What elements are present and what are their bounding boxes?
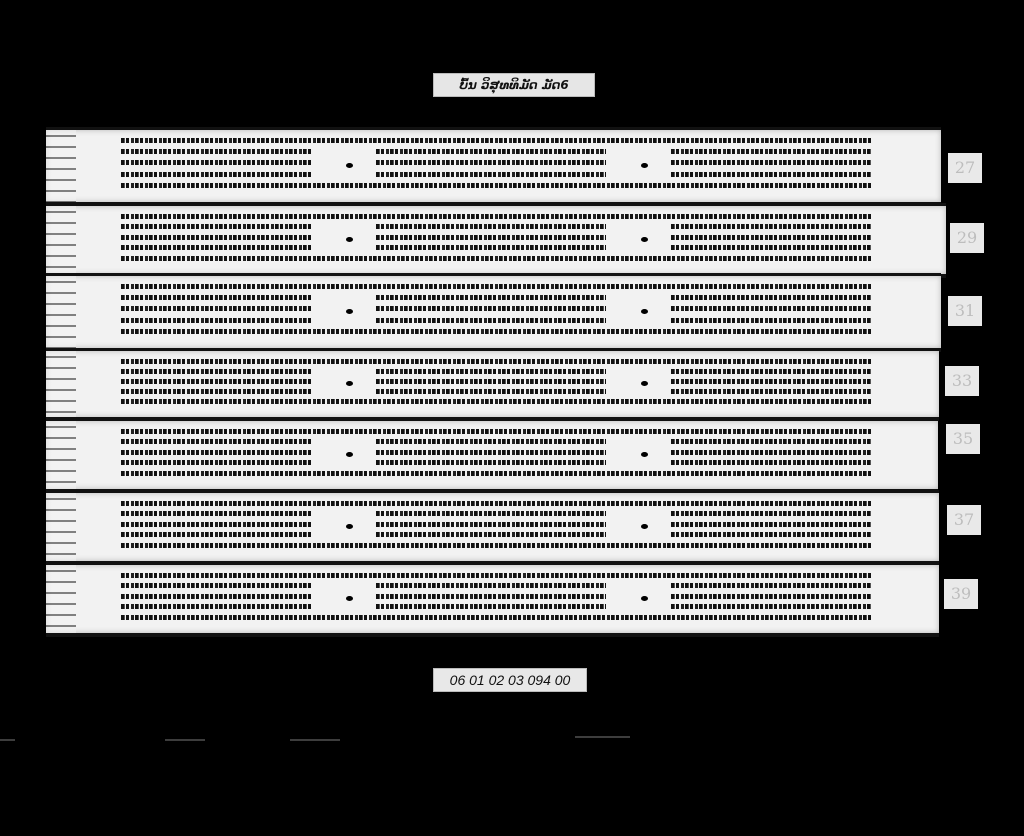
script-line — [376, 594, 606, 599]
folio-number: 37 — [947, 505, 981, 535]
script-line — [121, 501, 871, 506]
binding-hole — [641, 163, 648, 168]
binding-hole — [641, 381, 648, 386]
script-line — [121, 369, 311, 374]
script-line — [121, 379, 311, 384]
script-line — [121, 245, 311, 250]
script-line — [671, 604, 871, 609]
script-line — [671, 318, 871, 323]
folio-number: 35 — [946, 424, 980, 454]
script-line — [121, 306, 311, 311]
script-line — [671, 511, 871, 516]
folio-number: 29 — [950, 223, 984, 253]
script-line — [121, 183, 871, 188]
script-line — [121, 295, 311, 300]
leaf-edge — [46, 276, 76, 348]
leaf-edge — [46, 421, 76, 489]
scan-artifact — [575, 736, 630, 738]
script-line — [121, 573, 871, 578]
leaf-edge — [46, 493, 76, 561]
script-line — [376, 450, 606, 455]
script-line — [671, 160, 871, 165]
script-line — [671, 224, 871, 229]
script-line — [121, 224, 311, 229]
script-line — [671, 594, 871, 599]
script-line — [376, 245, 606, 250]
script-line — [121, 149, 311, 154]
script-line — [671, 389, 871, 394]
scan-artifact — [290, 739, 340, 741]
binding-hole — [346, 309, 353, 314]
binding-hole — [346, 237, 353, 242]
folio-number: 27 — [948, 153, 982, 183]
script-line — [121, 594, 311, 599]
script-line — [121, 471, 871, 476]
script-line — [121, 604, 311, 609]
script-line — [376, 379, 606, 384]
folio-number: 31 — [948, 296, 982, 326]
script-line — [121, 522, 311, 527]
script-line — [376, 306, 606, 311]
manuscript-leaf — [46, 562, 939, 637]
script-line — [121, 138, 871, 143]
script-line — [671, 439, 871, 444]
manuscript-leaf — [46, 127, 941, 206]
binding-hole — [641, 524, 648, 529]
script-line — [671, 245, 871, 250]
script-line — [121, 329, 871, 334]
binding-hole — [641, 452, 648, 457]
script-line — [376, 224, 606, 229]
folio-number: 39 — [944, 579, 978, 609]
script-line — [671, 235, 871, 240]
script-line — [671, 369, 871, 374]
leaf-edge — [46, 351, 76, 417]
script-line — [121, 439, 311, 444]
folio-number: 33 — [945, 366, 979, 396]
script-line — [121, 359, 871, 364]
script-line — [121, 429, 871, 434]
script-line — [376, 583, 606, 588]
binding-hole — [641, 309, 648, 314]
script-line — [671, 450, 871, 455]
script-line — [121, 214, 871, 219]
script-line — [376, 295, 606, 300]
script-line — [121, 460, 311, 465]
script-line — [121, 615, 871, 620]
script-line — [376, 522, 606, 527]
script-line — [376, 604, 606, 609]
script-line — [376, 532, 606, 537]
binding-hole — [346, 524, 353, 529]
manuscript-leaf — [46, 490, 939, 565]
script-line — [671, 379, 871, 384]
reference-code-label: 06 01 02 03 094 00 — [433, 668, 587, 692]
script-line — [376, 149, 606, 154]
leaf-edge — [46, 130, 76, 202]
script-line — [121, 532, 311, 537]
manuscript-leaf — [46, 418, 938, 493]
script-line — [121, 256, 871, 261]
script-line — [671, 149, 871, 154]
script-line — [671, 295, 871, 300]
script-line — [671, 522, 871, 527]
manuscript-leaf — [46, 273, 941, 352]
script-line — [121, 583, 311, 588]
script-line — [376, 369, 606, 374]
manuscript-leaf — [46, 348, 939, 421]
script-line — [121, 235, 311, 240]
script-line — [671, 306, 871, 311]
scan-artifact — [165, 739, 205, 741]
script-line — [376, 235, 606, 240]
script-line — [376, 439, 606, 444]
script-line — [376, 389, 606, 394]
binding-hole — [346, 163, 353, 168]
script-line — [376, 511, 606, 516]
script-line — [121, 284, 871, 289]
binding-hole — [346, 596, 353, 601]
script-line — [376, 318, 606, 323]
script-line — [121, 543, 871, 548]
title-label: ບົ້ນ ວິສຸທທິມັດ ມັດ6 — [433, 73, 595, 97]
scan-artifact — [0, 739, 15, 741]
script-line — [671, 532, 871, 537]
script-line — [671, 583, 871, 588]
leaf-edge — [46, 565, 76, 633]
script-line — [121, 511, 311, 516]
script-line — [671, 172, 871, 177]
script-line — [376, 160, 606, 165]
script-line — [376, 460, 606, 465]
script-line — [121, 160, 311, 165]
manuscript-leaf — [46, 203, 946, 278]
script-line — [121, 172, 311, 177]
binding-hole — [346, 381, 353, 386]
script-line — [376, 172, 606, 177]
script-line — [121, 389, 311, 394]
script-line — [671, 460, 871, 465]
script-line — [121, 450, 311, 455]
script-line — [121, 318, 311, 323]
binding-hole — [641, 596, 648, 601]
binding-hole — [346, 452, 353, 457]
leaf-edge — [46, 206, 76, 274]
script-line — [121, 399, 871, 404]
binding-hole — [641, 237, 648, 242]
